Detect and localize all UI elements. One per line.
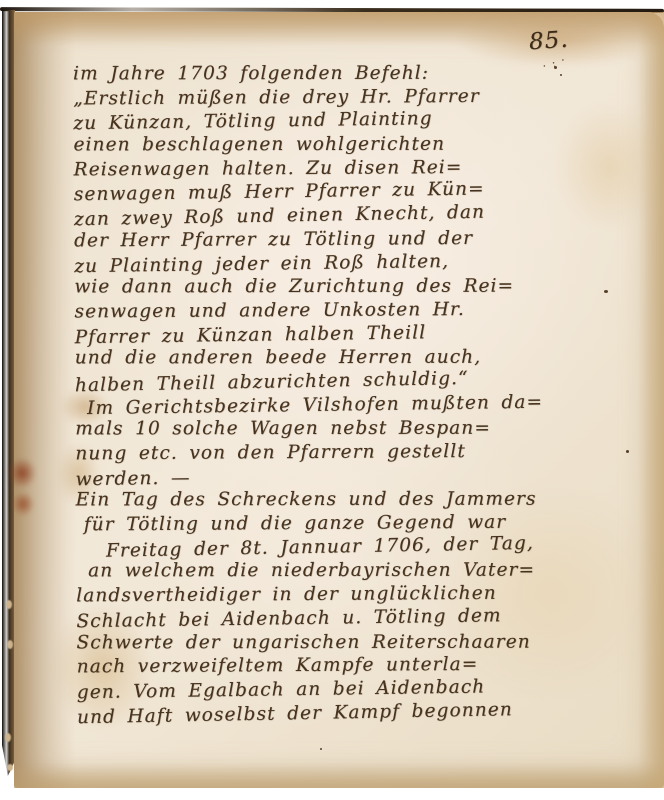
- manuscript-line: im Jahre 1703 folgenden Befehl:: [73, 62, 531, 86]
- stain: [554, 102, 664, 232]
- binding-stitch: [6, 600, 12, 609]
- page-number: 85.: [528, 27, 569, 56]
- manuscript-photo: 85. · : · im Jahre 1703 folgenden Befehl…: [0, 0, 664, 800]
- manuscript-line: Schlacht bei Aidenbach u. Tötling dem: [76, 604, 534, 634]
- manuscript-line: wie dann auch die Zurichtung des Rei=: [74, 275, 532, 299]
- bottom-edge-toning: [14, 762, 664, 788]
- gutter-shadow: [14, 12, 76, 788]
- right-edge-toning: [638, 12, 664, 788]
- manuscript-line: einen beschlagenen wohlgerichten: [73, 133, 531, 157]
- manuscript-line: mals 10 solche Wagen nebst Bespan=: [75, 417, 533, 441]
- manuscript-page: 85. · : · im Jahre 1703 folgenden Befehl…: [14, 12, 664, 788]
- manuscript-line: Schwerte der ungarischen Reiterschaaren: [76, 630, 534, 654]
- red-stain: [12, 492, 34, 516]
- binding-stitch: [5, 733, 11, 742]
- ink-speck: [560, 74, 562, 76]
- manuscript-line: Ein Tag des Schreckens und des Jammers: [76, 488, 534, 512]
- ink-speck: [604, 290, 608, 293]
- page-number-flourish: · : ·: [540, 53, 567, 74]
- binding-stitch: [7, 764, 13, 771]
- manuscript-text: im Jahre 1703 folgenden Befehl: „Erstlic…: [73, 61, 535, 727]
- manuscript-line: an welchem die niederbayrischen Vater=: [76, 559, 534, 583]
- ink-speck: [626, 450, 629, 453]
- ink-speck: [320, 748, 322, 750]
- binding-stitch: [7, 640, 13, 649]
